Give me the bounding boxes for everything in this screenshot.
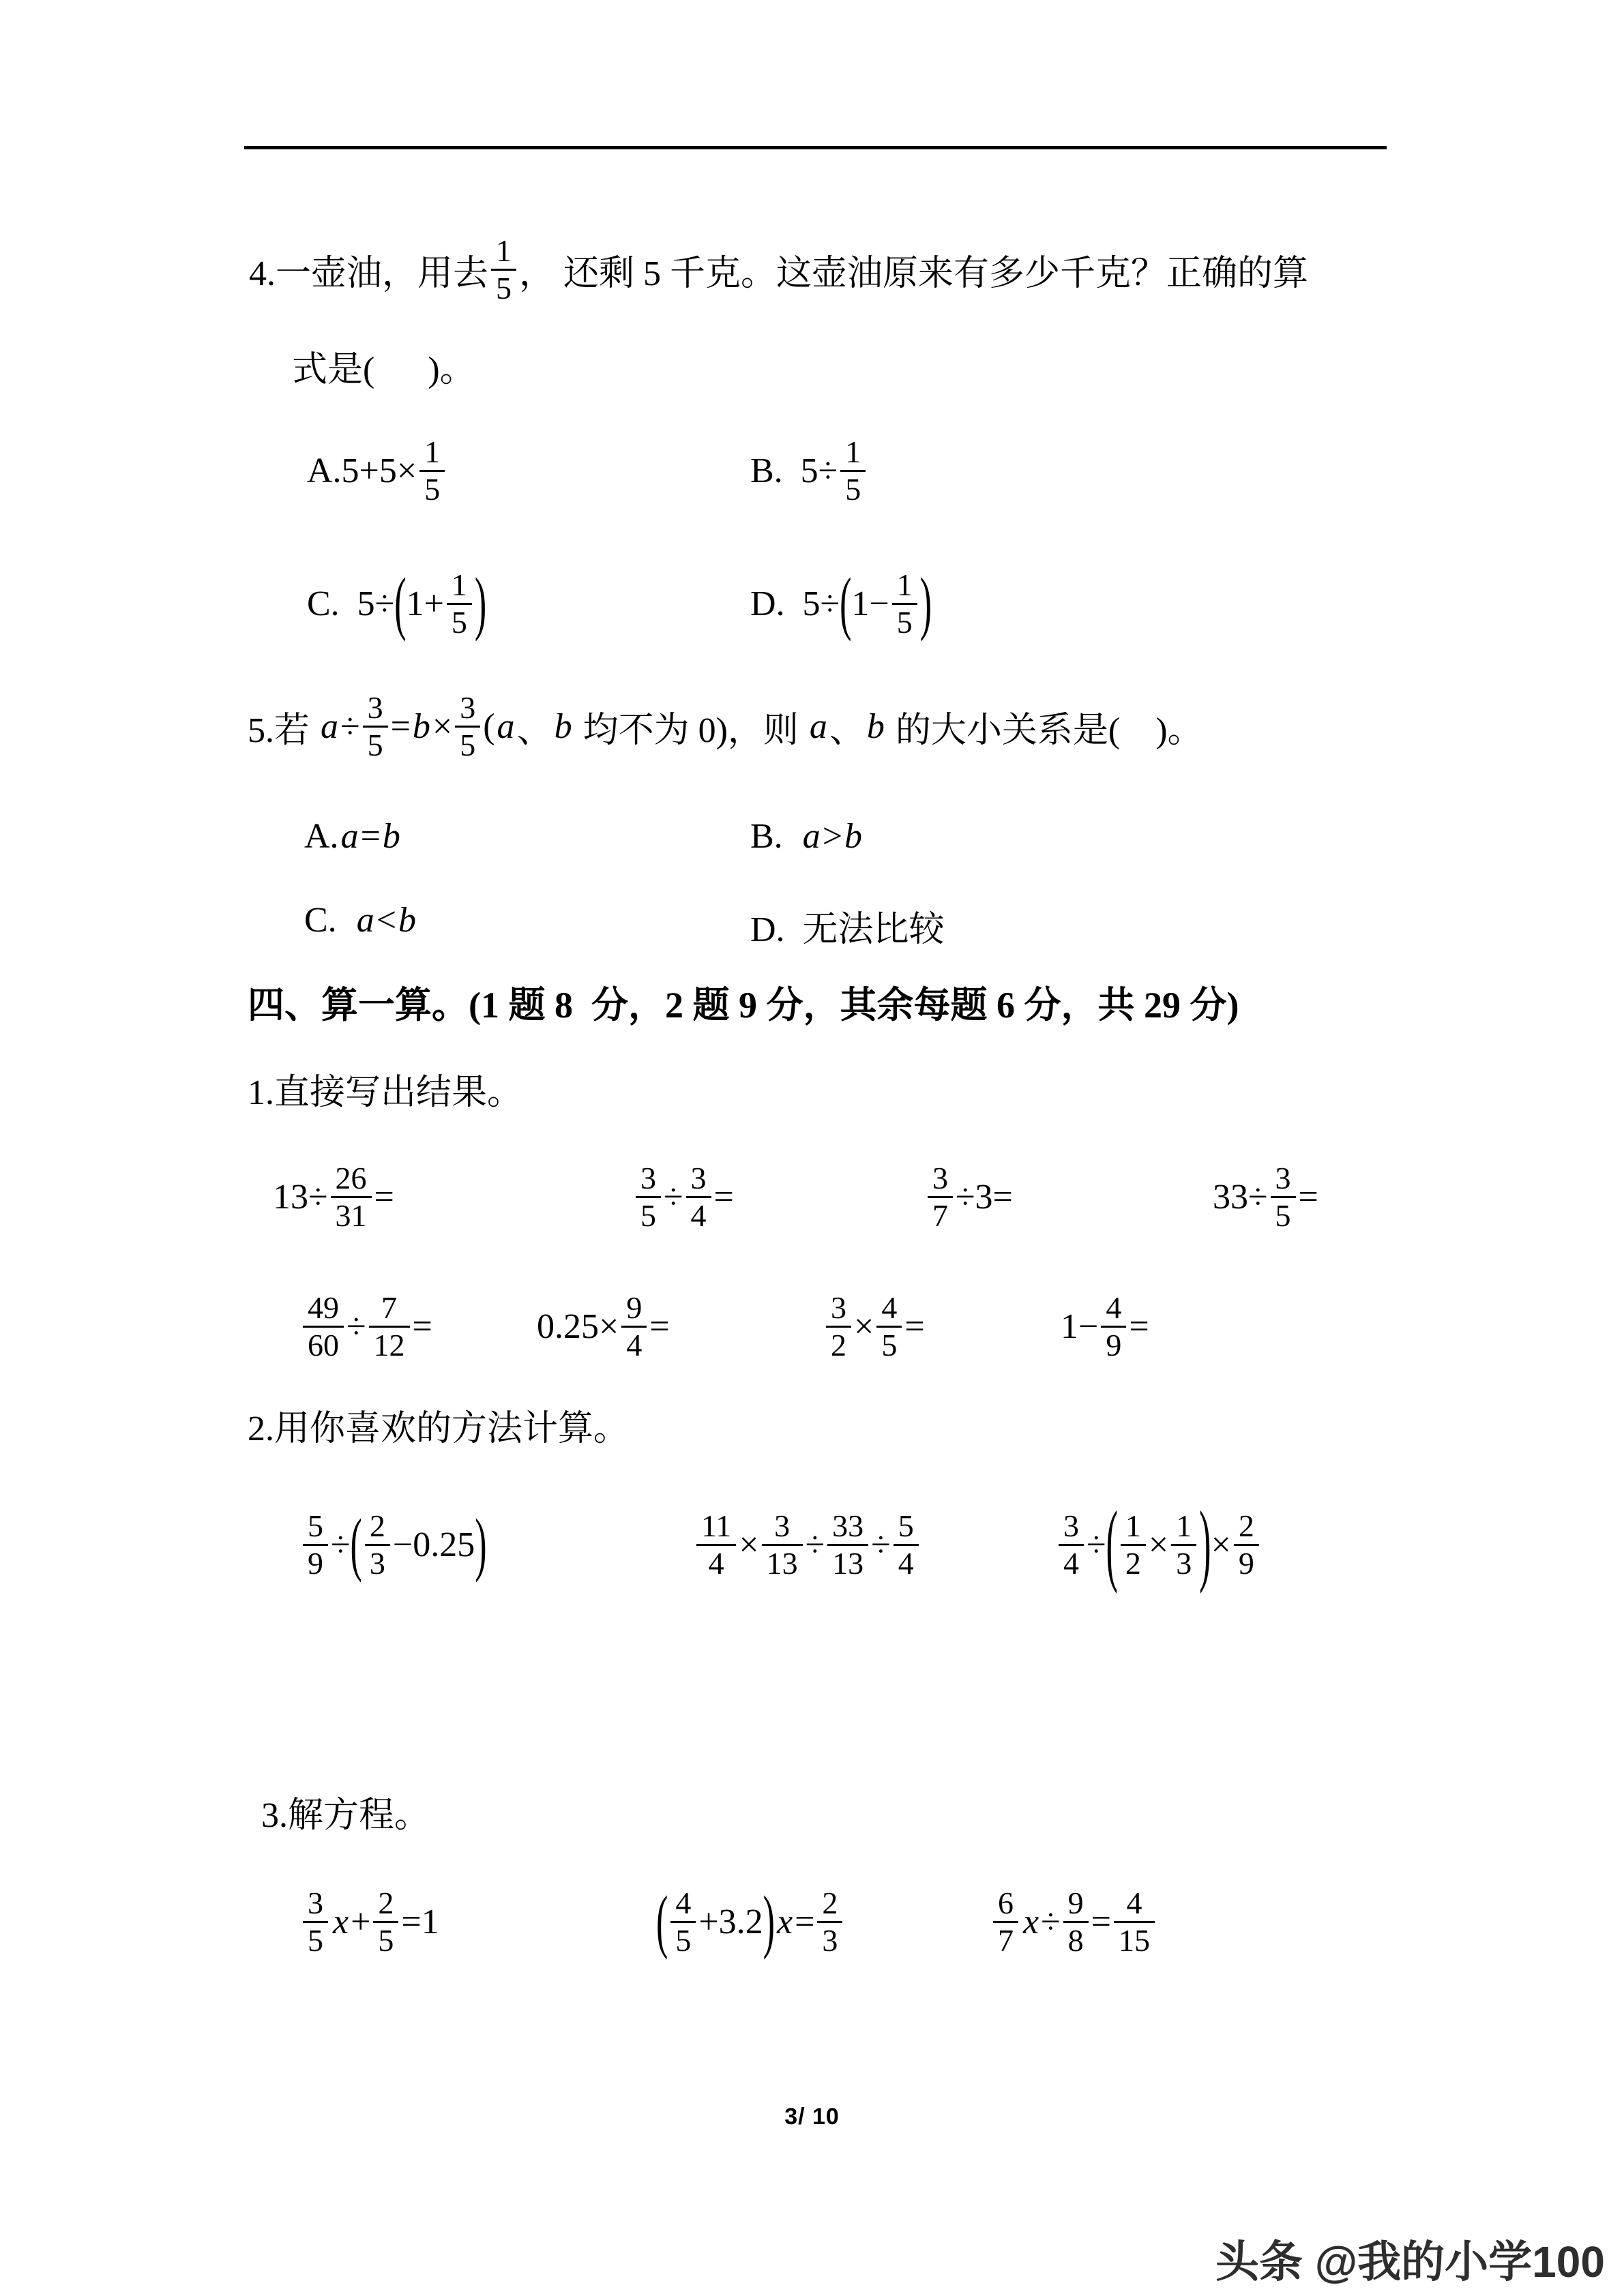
text-run: = <box>391 706 411 747</box>
text-run: < <box>377 900 396 940</box>
big-paren: ) <box>475 1505 486 1585</box>
fraction-numerator: 4 <box>1114 1885 1155 1923</box>
fraction-denominator: 3 <box>365 1546 390 1581</box>
fraction: 23 <box>817 1885 842 1958</box>
fraction-denominator: 9 <box>1234 1546 1259 1581</box>
fraction-numerator: 2 <box>817 1885 842 1923</box>
fraction-denominator: 15 <box>1114 1923 1155 1958</box>
fraction-denominator: 13 <box>762 1546 803 1581</box>
text-run: D. 无法比较 <box>750 900 945 951</box>
fraction-denominator: 5 <box>1271 1198 1296 1234</box>
fraction-numerator: 3 <box>686 1161 711 1198</box>
fraction: 34 <box>686 1161 711 1233</box>
page-number: 3/ 10 <box>0 2104 1624 2130</box>
text-run: 13÷ <box>273 1177 328 1217</box>
fraction: 35 <box>455 690 480 762</box>
question-4-line-2: 式是( )。 <box>292 349 475 391</box>
fraction-numerator: 3 <box>303 1885 328 1923</box>
variable: b <box>411 706 432 747</box>
fraction: 32 <box>826 1290 851 1362</box>
question-5-option-a: A.a=b <box>304 816 402 856</box>
fraction: 35 <box>636 1161 661 1233</box>
calc-2-item-1: 59÷(23−0.25) <box>300 1485 487 1605</box>
fraction-denominator: 3 <box>1171 1546 1196 1581</box>
text-run: > <box>823 816 842 856</box>
big-paren: ( <box>351 1505 362 1585</box>
question-5-option-d: D. 无法比较 <box>750 900 945 951</box>
big-paren: ) <box>763 1881 775 1962</box>
text-run: 0.25× <box>537 1307 619 1347</box>
text-run: ÷ <box>1041 1902 1061 1942</box>
variable: a <box>319 706 340 747</box>
fraction-denominator: 5 <box>455 728 480 763</box>
fraction: 114 <box>696 1508 736 1581</box>
text-run: ÷ <box>1087 1525 1106 1565</box>
text-run: = <box>1299 1177 1318 1217</box>
text-run: 、 <box>517 701 552 752</box>
variable: b <box>865 706 887 747</box>
fraction-denominator: 2 <box>826 1328 851 1363</box>
text-run: = <box>374 1177 394 1217</box>
question-4-option-b: B. 5÷15 <box>750 428 868 513</box>
question-4-option-a: A.5+5×15 <box>307 428 447 513</box>
big-paren: ( <box>1106 1493 1118 1597</box>
fraction: 15 <box>491 233 516 305</box>
fraction-numerator: 3 <box>762 1508 803 1546</box>
text-run: 4.一壶油，用去 <box>249 244 488 295</box>
fraction: 313 <box>762 1508 803 1581</box>
text-run: × <box>432 706 452 747</box>
calc-2-item-3: 34÷(12×13)×29 <box>1056 1485 1262 1605</box>
fraction-denominator: 7 <box>928 1198 953 1234</box>
fraction: 2631 <box>331 1161 372 1233</box>
text-run: × <box>1211 1525 1231 1565</box>
question-5-option-c: C. a<b <box>304 900 418 940</box>
fraction-numerator: 3 <box>1059 1508 1084 1546</box>
fraction: 34 <box>1059 1508 1084 1581</box>
fraction: 45 <box>876 1290 902 1362</box>
fraction-numerator: 1 <box>1121 1508 1146 1546</box>
big-paren: ( <box>840 563 851 644</box>
fraction-numerator: 1 <box>1171 1508 1196 1546</box>
text-run: 5.若 <box>248 701 319 752</box>
question-4-option-c: C. 5÷(1+15) <box>307 561 486 646</box>
fraction-denominator: 4 <box>1059 1546 1084 1581</box>
big-paren: ) <box>1199 1493 1211 1597</box>
calc-1-item-7: 32×45= <box>823 1283 925 1369</box>
fraction: 712 <box>369 1290 410 1362</box>
fraction-denominator: 7 <box>993 1923 1018 1958</box>
fraction-numerator: 1 <box>419 434 445 472</box>
fraction-numerator: 4 <box>1101 1290 1126 1328</box>
big-paren: ) <box>920 563 932 644</box>
text-run: B. <box>750 816 801 856</box>
text-run: C. 5÷ <box>307 584 394 624</box>
fraction: 3313 <box>827 1508 868 1581</box>
fraction-denominator: 2 <box>1121 1546 1146 1581</box>
fraction-denominator: 31 <box>331 1198 372 1234</box>
text-run: 33÷ <box>1213 1177 1268 1217</box>
text-run: × <box>1149 1525 1168 1565</box>
fraction-denominator: 5 <box>447 605 472 640</box>
fraction-denominator: 5 <box>419 472 445 507</box>
fraction-numerator: 3 <box>928 1161 953 1198</box>
variable: a <box>808 706 829 747</box>
fraction: 54 <box>894 1508 919 1581</box>
text-run: = <box>649 1307 669 1347</box>
fraction: 25 <box>373 1885 398 1958</box>
fraction-numerator: 2 <box>373 1885 398 1923</box>
fraction-denominator: 9 <box>1101 1328 1126 1363</box>
fraction: 94 <box>621 1290 647 1362</box>
fraction-numerator: 6 <box>993 1885 1018 1923</box>
question-5-option-b: B. a>b <box>750 816 864 856</box>
calc-1-item-2: 35÷34= <box>633 1154 734 1240</box>
fraction-numerator: 3 <box>636 1161 661 1198</box>
fraction: 15 <box>419 434 445 507</box>
fraction: 13 <box>1171 1508 1196 1581</box>
calc-1-label: 1.直接写出结果。 <box>248 1072 522 1114</box>
text-run: = <box>1091 1902 1111 1942</box>
section-4-heading: 四、算一算。(1 题 8 分，2 题 9 分，其余每题 6 分，共 29 分) <box>248 983 1239 1028</box>
text-run: = <box>904 1307 924 1347</box>
fraction-numerator: 33 <box>827 1508 868 1546</box>
text-run: × <box>854 1307 874 1347</box>
text-run: ÷ <box>331 1525 351 1565</box>
fraction-numerator: 2 <box>365 1508 390 1546</box>
calc-2-label: 2.用你喜欢的方法计算。 <box>248 1408 629 1450</box>
fraction: 45 <box>670 1885 696 1958</box>
text-run: 1− <box>1061 1307 1098 1347</box>
fraction-denominator: 5 <box>491 271 516 306</box>
text-run: ÷ <box>664 1177 683 1217</box>
fraction-denominator: 5 <box>363 728 388 763</box>
fraction-numerator: 9 <box>621 1290 647 1328</box>
calc-2-item-2: 114×313÷3313÷54 <box>694 1485 921 1605</box>
text-run: 1+ <box>407 584 444 624</box>
fraction-denominator: 4 <box>696 1546 736 1581</box>
fraction-denominator: 4 <box>894 1546 919 1581</box>
variable: a <box>339 816 361 856</box>
text-run: 均不为 0)，则 <box>574 701 808 752</box>
text-run: 、 <box>829 701 865 752</box>
fraction-numerator: 7 <box>369 1290 410 1328</box>
fraction-denominator: 5 <box>876 1328 902 1363</box>
text-run: D. 5÷ <box>750 584 840 624</box>
variable: x <box>775 1902 795 1942</box>
fraction-numerator: 9 <box>1063 1885 1089 1923</box>
fraction-numerator: 26 <box>331 1161 372 1198</box>
text-run: −0.25 <box>393 1525 475 1565</box>
text-run: × <box>739 1525 758 1565</box>
fraction-numerator: 1 <box>491 233 516 271</box>
fraction: 29 <box>1234 1508 1259 1581</box>
calc-3-item-1: 35x+25=1 <box>300 1874 439 1969</box>
fraction-denominator: 4 <box>621 1328 647 1363</box>
variable: x <box>331 1902 351 1942</box>
fraction-numerator: 3 <box>826 1290 851 1328</box>
fraction: 98 <box>1063 1885 1089 1958</box>
calc-3-item-3: 67x÷98=415 <box>990 1874 1157 1969</box>
fraction: 35 <box>1271 1161 1296 1233</box>
fraction-numerator: 3 <box>455 690 480 728</box>
fraction-denominator: 5 <box>636 1198 661 1234</box>
fraction: 4960 <box>303 1290 344 1362</box>
text-run: B. 5÷ <box>750 451 838 491</box>
fraction: 37 <box>928 1161 953 1233</box>
fraction-numerator: 1 <box>892 567 917 605</box>
fraction-numerator: 2 <box>1234 1508 1259 1546</box>
variable: a <box>355 900 377 940</box>
text-run: A.5+5× <box>307 451 417 491</box>
text-run: = <box>795 1902 814 1942</box>
text-run: +3.2 <box>698 1902 763 1942</box>
fraction-numerator: 3 <box>363 690 388 728</box>
fraction-denominator: 13 <box>827 1546 868 1581</box>
fraction: 35 <box>363 690 388 762</box>
variable: x <box>1021 1902 1041 1942</box>
fraction-denominator: 12 <box>369 1328 410 1363</box>
question-5-line: 5.若 a÷35=b×35(a、b 均不为 0)，则 a、b 的大小关系是( )… <box>248 683 1203 769</box>
fraction-denominator: 5 <box>840 472 866 507</box>
fraction-numerator: 49 <box>303 1290 344 1328</box>
big-paren: ( <box>656 1881 668 1962</box>
header-rule <box>244 146 1387 149</box>
fraction-denominator: 9 <box>303 1546 328 1581</box>
variable: b <box>842 816 864 856</box>
calc-1-item-3: 37÷3= <box>925 1154 1013 1240</box>
text-run: = <box>1129 1307 1149 1347</box>
fraction-numerator: 1 <box>840 434 866 472</box>
fraction: 15 <box>892 567 917 640</box>
variable: b <box>381 816 402 856</box>
text-run: C. <box>304 900 355 940</box>
text-run: = <box>714 1177 734 1217</box>
text-run: ÷3= <box>956 1177 1013 1217</box>
worksheet-page: 4.一壶油，用去15， 还剩 5 千克。这壶油原来有多少千克？正确的算 式是( … <box>0 0 1624 2296</box>
fraction: 415 <box>1114 1885 1155 1958</box>
fraction: 49 <box>1101 1290 1126 1362</box>
fraction: 35 <box>303 1885 328 1958</box>
fraction: 15 <box>840 434 866 507</box>
question-4-option-d: D. 5÷(1−15) <box>750 561 932 646</box>
fraction-denominator: 5 <box>670 1923 696 1958</box>
fraction-denominator: 8 <box>1063 1923 1089 1958</box>
fraction: 12 <box>1121 1508 1146 1581</box>
calc-3-label: 3.解方程。 <box>261 1795 430 1837</box>
fraction-numerator: 5 <box>303 1508 328 1546</box>
fraction: 23 <box>365 1508 390 1581</box>
fraction: 15 <box>447 567 472 640</box>
text-run: ÷ <box>806 1525 825 1565</box>
text-run: = <box>413 1307 432 1347</box>
fraction: 67 <box>993 1885 1018 1958</box>
fraction-denominator: 3 <box>817 1923 842 1958</box>
text-run: ÷ <box>871 1525 891 1565</box>
big-paren: ( <box>394 563 406 644</box>
text-run: =1 <box>401 1902 439 1942</box>
text-run: ÷ <box>340 706 360 747</box>
question-4-line-1: 4.一壶油，用去15， 还剩 5 千克。这壶油原来有多少千克？正确的算 <box>249 208 1308 331</box>
fraction-numerator: 4 <box>670 1885 696 1923</box>
fraction: 59 <box>303 1508 328 1581</box>
fraction-denominator: 4 <box>686 1198 711 1234</box>
text-run: + <box>351 1902 370 1942</box>
fraction-numerator: 4 <box>876 1290 902 1328</box>
calc-1-item-6: 0.25×94= <box>537 1283 670 1369</box>
fraction-denominator: 5 <box>303 1923 328 1958</box>
fraction-denominator: 5 <box>373 1923 398 1958</box>
calc-1-item-4: 33÷35= <box>1213 1154 1318 1240</box>
calc-1-item-5: 4960÷712= <box>300 1283 432 1369</box>
variable: b <box>552 706 574 747</box>
calc-3-item-2: (45+3.2)x=23 <box>656 1874 845 1969</box>
variable: b <box>396 900 418 940</box>
fraction-numerator: 5 <box>894 1508 919 1546</box>
fraction-denominator: 5 <box>892 605 917 640</box>
text-run: A. <box>304 816 339 856</box>
fraction-denominator: 60 <box>303 1328 344 1363</box>
variable: a <box>801 816 823 856</box>
big-paren: ) <box>475 563 486 644</box>
text-run: ÷ <box>346 1307 366 1347</box>
fraction-numerator: 3 <box>1271 1161 1296 1198</box>
variable: a <box>495 706 517 747</box>
text-run: = <box>361 816 381 856</box>
text-run: ( <box>483 706 494 747</box>
text-run: 1− <box>851 584 889 624</box>
calc-1-item-8: 1−49= <box>1061 1283 1149 1369</box>
watermark-text: 头条 @我的小学100 <box>1215 2227 1605 2290</box>
fraction-numerator: 11 <box>696 1508 736 1546</box>
calc-1-item-1: 13÷2631= <box>273 1154 394 1240</box>
fraction-numerator: 1 <box>447 567 472 605</box>
text-run: 的大小关系是( )。 <box>887 701 1203 752</box>
text-run: ， 还剩 5 千克。这壶油原来有多少千克？正确的算 <box>519 244 1308 295</box>
